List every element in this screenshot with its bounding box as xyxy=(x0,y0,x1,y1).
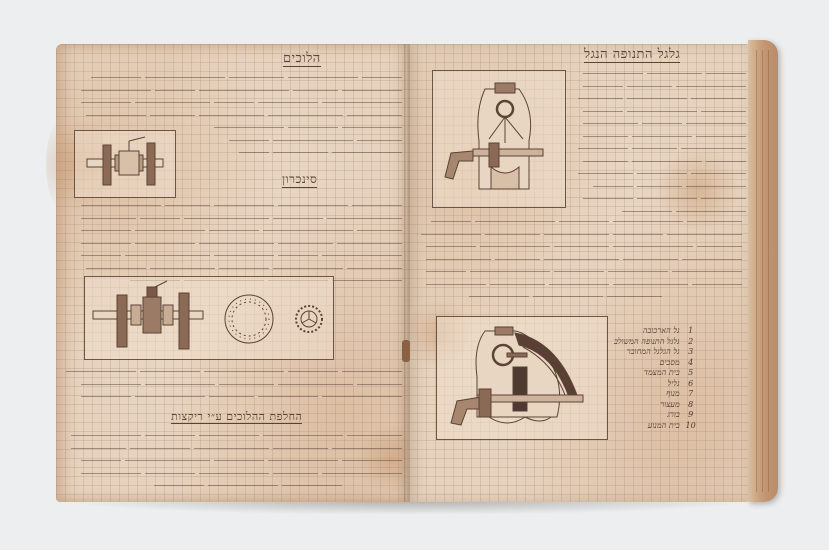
handwritten-paragraph-7 xyxy=(414,214,742,302)
binding-thread xyxy=(402,340,410,362)
synchronizer-diagram xyxy=(84,276,334,360)
legend-item: 9בורג xyxy=(614,410,696,421)
legend-item: 2גלגל התנופה המשולב xyxy=(614,337,696,348)
handwritten-paragraph-2 xyxy=(186,120,402,158)
parts-legend: 1גל הארכובה 2גלגל התנופה המשולב 3גל הגלג… xyxy=(614,326,696,431)
flywheel-cross-section-top xyxy=(432,70,566,208)
legend-item: 10בית המנוע xyxy=(614,421,696,432)
handwritten-paragraph-1 xyxy=(62,70,402,120)
legend-item: 5בית המצמד xyxy=(614,368,696,379)
flywheel-cross-section-bottom xyxy=(436,316,608,440)
notebook-spine xyxy=(404,44,410,502)
legend-item: 1גל הארכובה xyxy=(614,326,696,337)
open-notebook: הלוכים xyxy=(0,0,829,550)
legend-item: 7מנוף xyxy=(614,389,696,400)
left-page: הלוכים xyxy=(56,44,408,502)
legend-item: 3גל הגלגל המחובר xyxy=(614,347,696,358)
handwritten-paragraph-4 xyxy=(62,364,402,402)
gearbox-shaft-diagram xyxy=(74,130,176,198)
sync-heading: סינכרון xyxy=(282,172,317,188)
legend-item: 8מעצור xyxy=(614,400,696,411)
handwritten-paragraph-5 xyxy=(62,428,402,491)
left-page-heading: הלוכים xyxy=(283,50,321,67)
gear-change-heading: החלפת ההלוכים ע״י ריקצות xyxy=(171,410,302,424)
handwritten-paragraph-6 xyxy=(568,66,746,216)
legend-item: 6גליל xyxy=(614,379,696,390)
legend-item: 4מסבים xyxy=(614,358,696,369)
page-block-edge xyxy=(748,40,778,502)
right-page: גלגל התנופה הנגל xyxy=(408,44,748,502)
handwritten-paragraph-3 xyxy=(62,198,402,286)
right-page-heading: גלגל התנופה הנגל xyxy=(584,46,680,63)
